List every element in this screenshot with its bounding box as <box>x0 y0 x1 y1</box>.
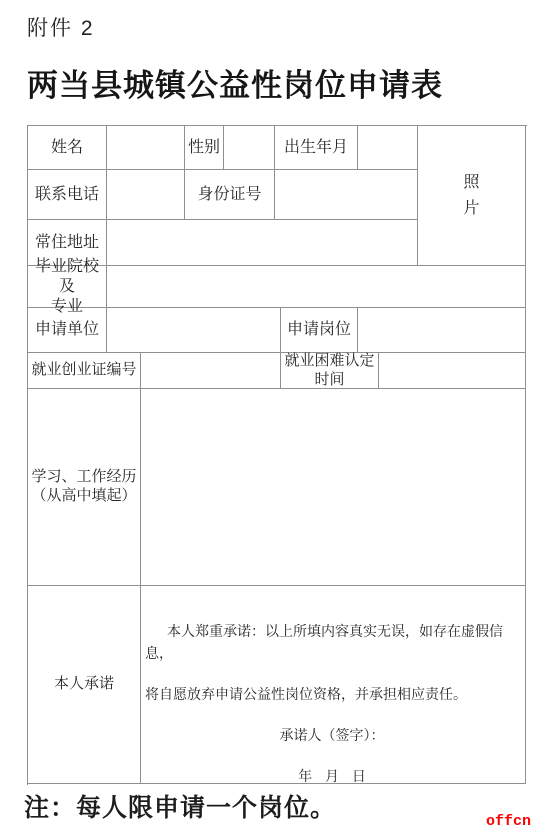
apply-unit-value-cell <box>107 308 281 353</box>
commitment-line2: 将自愿放弃申请公益性岗位资格，并承担相应责任。 <box>145 683 519 705</box>
experience-value-cell <box>141 389 526 586</box>
apply-post-label-cell: 申请岗位 <box>281 308 358 353</box>
employment-cert-label-cell: 就业创业证编号 <box>28 353 141 389</box>
difficulty-label-line1: 就业困难认定 <box>284 352 374 371</box>
gender-label-cell: 性别 <box>185 126 224 170</box>
photo-label-line2: 片 <box>463 196 479 222</box>
apply-post-value-cell <box>358 308 526 353</box>
commitment-sign-line: 承诺人（签字）： <box>145 724 519 746</box>
apply-unit-label-cell: 申请单位 <box>28 308 107 353</box>
application-form-table: 姓名 性别 出生年月 照 片 联系电话 身份证号 常住地址 毕业院校及 专业 申… <box>27 125 527 785</box>
commitment-date-line: 年 月 日 <box>145 765 519 787</box>
gender-value-cell <box>224 126 275 170</box>
id-number-label-cell: 身份证号 <box>185 170 275 220</box>
school-value-cell <box>107 266 526 308</box>
commitment-label-cell: 本人承诺 <box>28 586 141 784</box>
address-value-cell <box>107 220 418 266</box>
birth-date-value-cell <box>358 126 418 170</box>
name-label-cell: 姓名 <box>28 126 107 170</box>
phone-label-cell: 联系电话 <box>28 170 107 220</box>
birth-date-label-cell: 出生年月 <box>275 126 358 170</box>
difficulty-time-label-cell: 就业困难认定 时间 <box>281 353 379 389</box>
employment-cert-value-cell <box>141 353 281 389</box>
footer-note: 注：每人限申请一个岗位。 <box>24 788 336 824</box>
school-label-line1: 毕业院校及 <box>28 257 106 297</box>
attachment-label: 附件 2 <box>27 12 95 42</box>
difficulty-time-value-cell <box>379 353 526 389</box>
commitment-line1: 本人郑重承诺：以上所填内容真实无误，如存在虚假信息， <box>145 620 519 664</box>
photo-cell: 照 片 <box>418 126 526 266</box>
commitment-content-cell: 本人郑重承诺：以上所填内容真实无误，如存在虚假信息， 将自愿放弃申请公益性岗位资… <box>141 586 526 784</box>
experience-label-line2: （从高中填起） <box>31 487 136 506</box>
difficulty-label-line2: 时间 <box>314 371 344 390</box>
phone-value-cell <box>107 170 185 220</box>
school-label-cell: 毕业院校及 专业 <box>28 266 107 308</box>
page-title: 两当县城镇公益性岗位申请表 <box>27 60 443 105</box>
offcn-watermark: offcn <box>486 813 531 830</box>
name-value-cell <box>107 126 185 170</box>
photo-label-line1: 照 <box>463 170 479 196</box>
experience-label-cell: 学习、工作经历 （从高中填起） <box>28 389 141 586</box>
id-number-value-cell <box>275 170 418 220</box>
experience-label-line1: 学习、工作经历 <box>31 468 136 487</box>
